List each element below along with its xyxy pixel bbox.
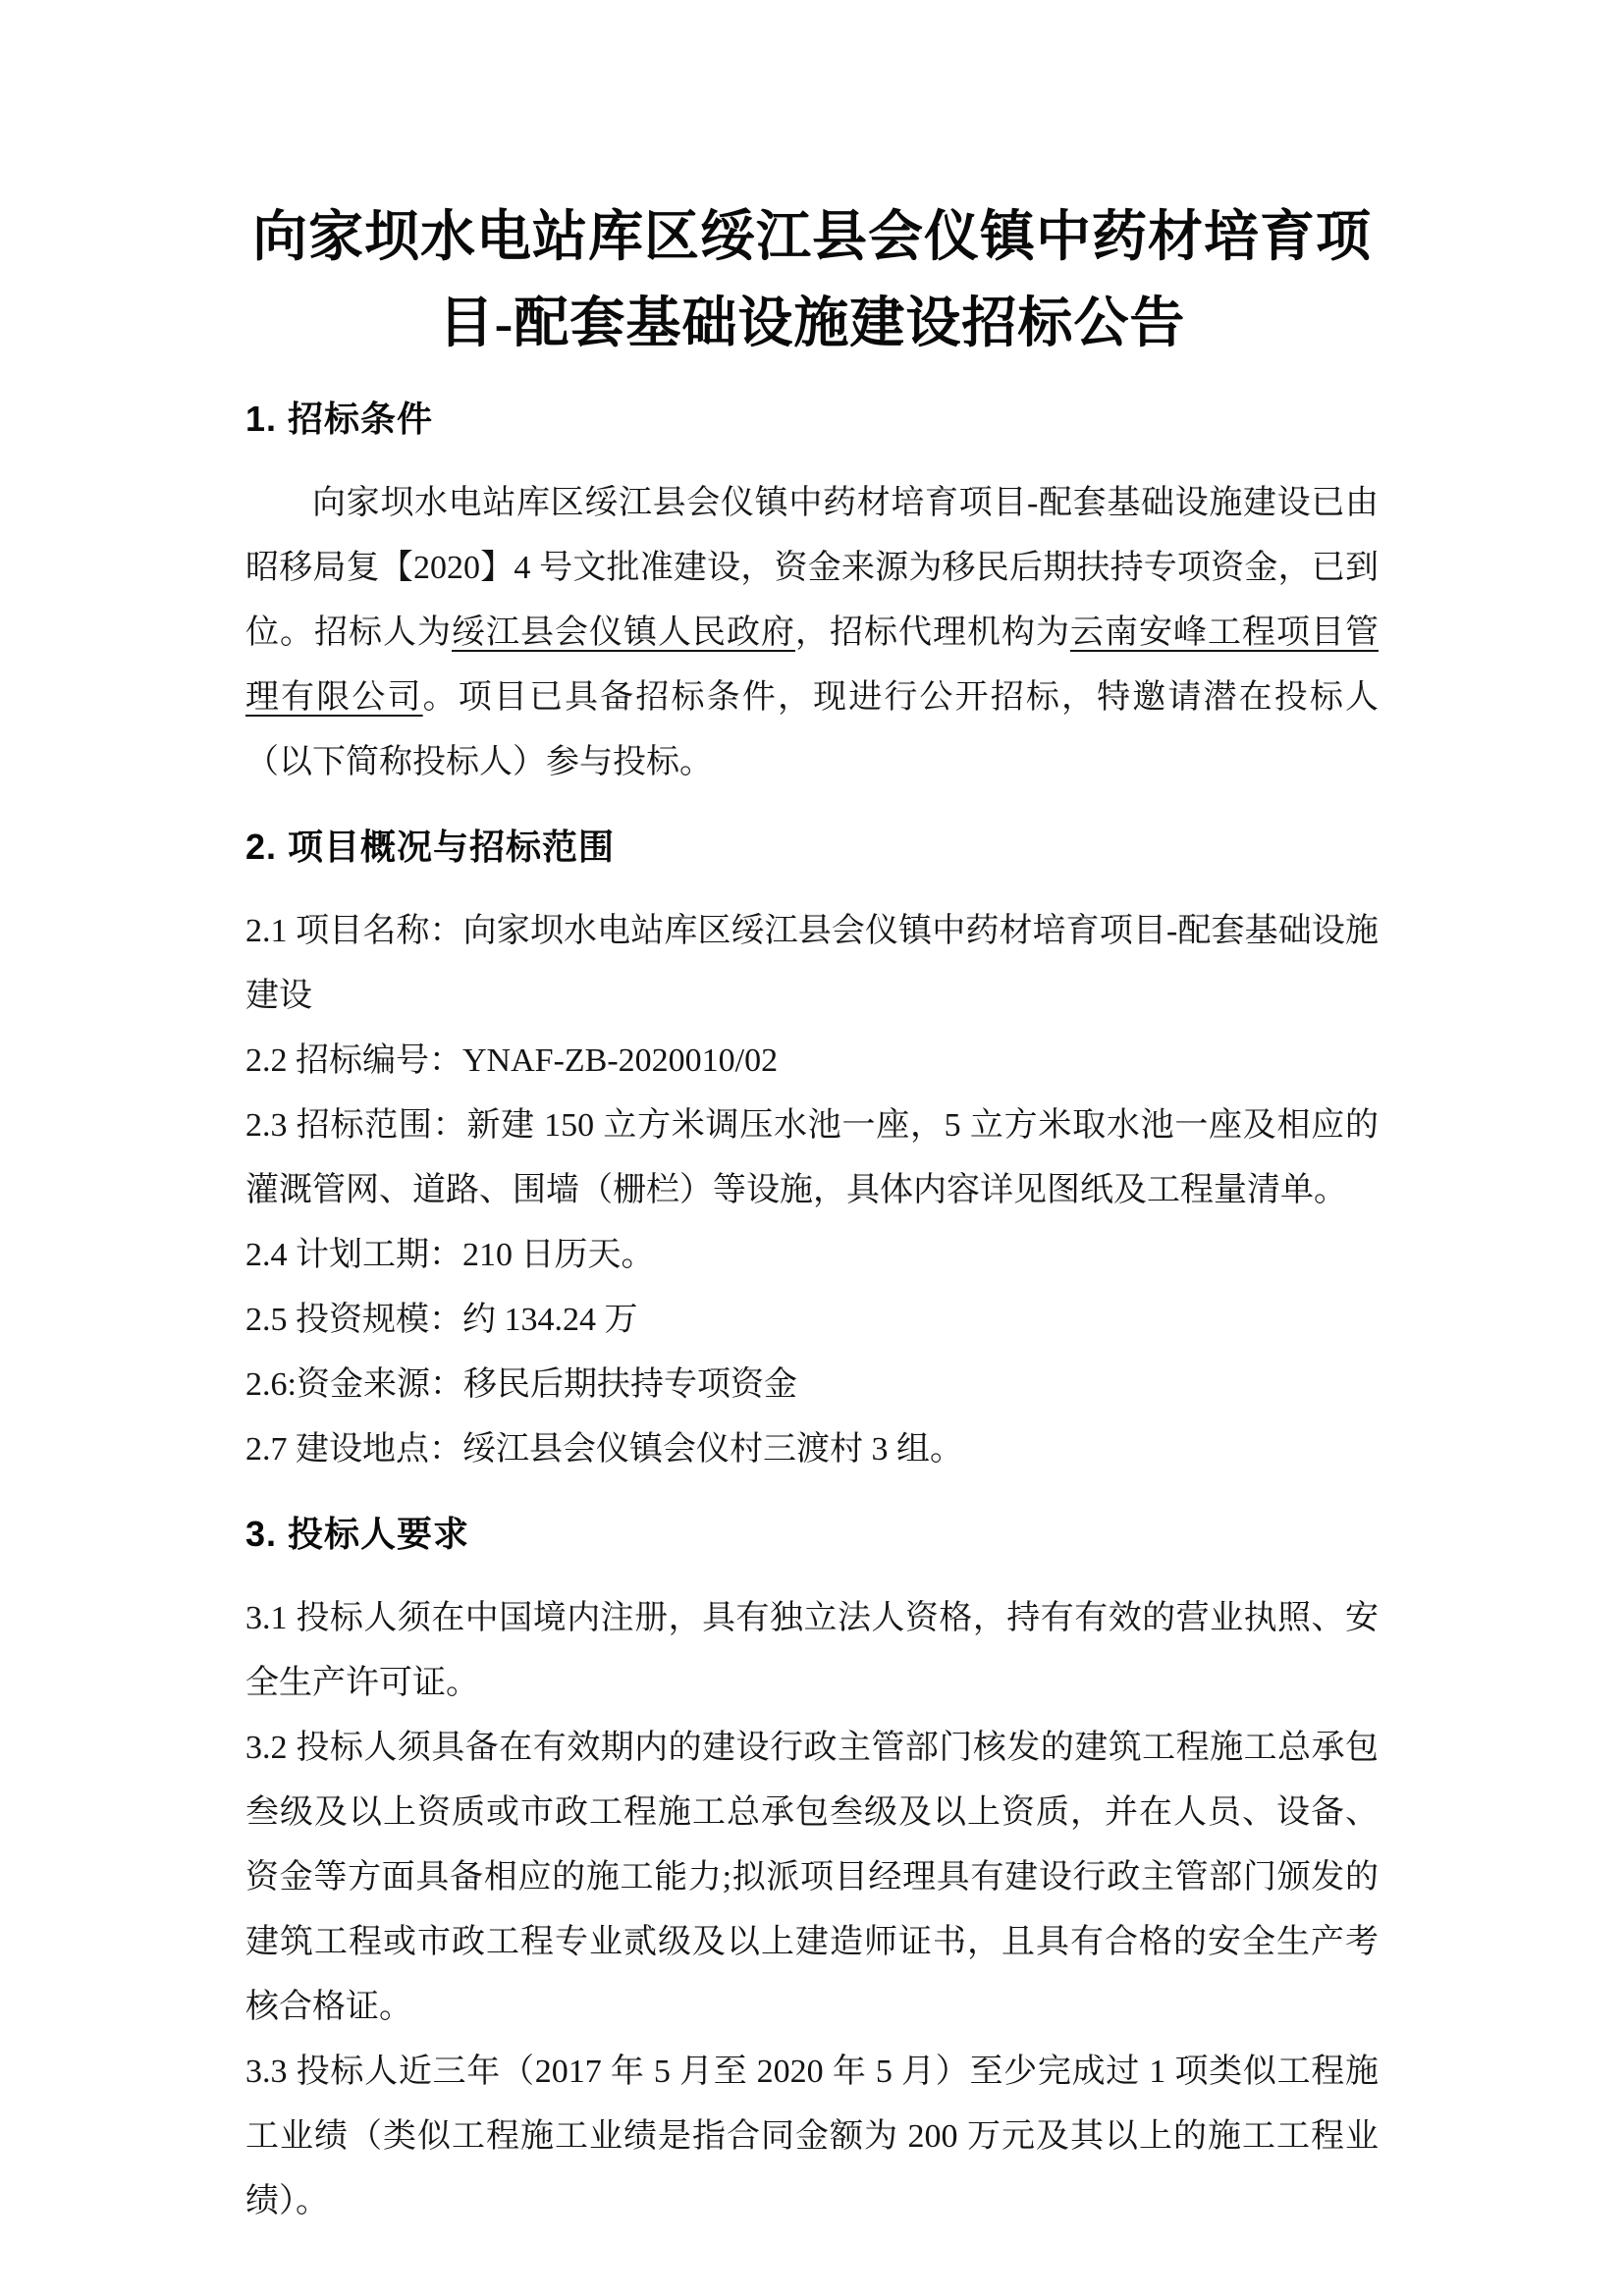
item-tender-scope: 2.3 招标范围：新建 150 立方米调压水池一座，5 立方米取水池一座及相应的…: [245, 1094, 1379, 1223]
item-bidder-qualification: 3.2 投标人须具备在有效期内的建设行政主管部门核发的建筑工程施工总承包叁级及以…: [245, 1716, 1379, 2040]
document-page: 向家坝水电站库区绥江县会仪镇中药材培育项目-配套基础设施建设招标公告 1. 招标…: [0, 0, 1624, 2296]
section-heading-tender-conditions: 1. 招标条件: [245, 387, 1379, 452]
item-funding-source: 2.6:资金来源：移民后期扶持专项资金: [245, 1353, 1379, 1417]
document-title: 向家坝水电站库区绥江县会仪镇中药材培育项目-配套基础设施建设招标公告: [245, 194, 1379, 367]
section-heading-project-overview: 2. 项目概况与招标范围: [245, 815, 1379, 880]
item-project-name: 2.1 项目名称：向家坝水电站库区绥江县会仪镇中药材培育项目-配套基础设施建设: [245, 899, 1379, 1029]
item-bidder-registration: 3.1 投标人须在中国境内注册，具有独立法人资格，持有有效的营业执照、安全生产许…: [245, 1586, 1379, 1716]
item-tender-number: 2.2 招标编号：YNAF-ZB-2020010/02: [245, 1029, 1379, 1094]
item-planned-duration: 2.4 计划工期：210 日历天。: [245, 1223, 1379, 1288]
section-heading-bidder-requirements: 3. 投标人要求: [245, 1502, 1379, 1567]
tenderer-name-underlined: 绥江县会仪镇人民政府: [452, 614, 795, 651]
item-construction-site: 2.7 建设地点：绥江县会仪镇会仪村三渡村 3 组。: [245, 1417, 1379, 1482]
item-bidder-track-record: 3.3 投标人近三年（2017 年 5 月至 2020 年 5 月）至少完成过 …: [245, 2040, 1379, 2234]
tender-conditions-paragraph: 向家坝水电站库区绥江县会仪镇中药材培育项目-配套基础设施建设已由昭移局复【202…: [245, 471, 1379, 795]
item-investment-scale: 2.5 投资规模：约 134.24 万: [245, 1288, 1379, 1353]
agency-lead-in-text: ，招标代理机构为: [795, 614, 1070, 651]
